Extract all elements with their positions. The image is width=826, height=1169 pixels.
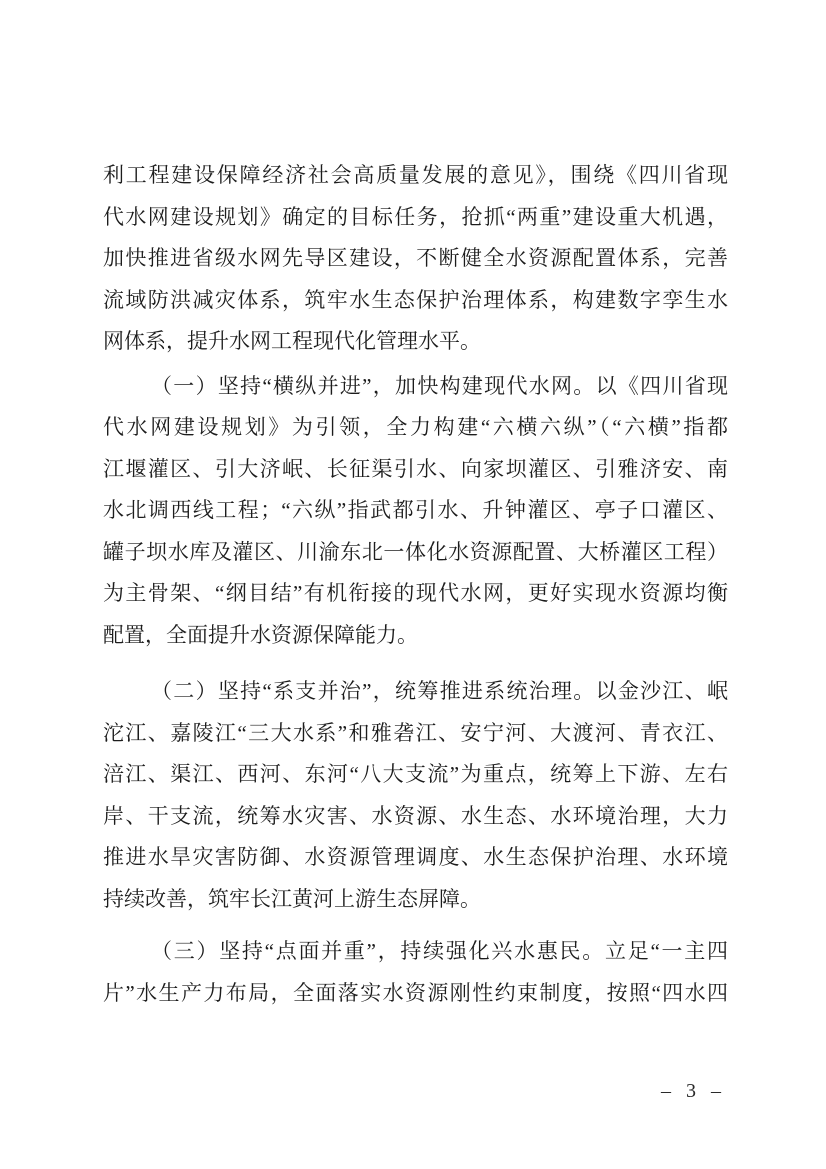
text-line: 水北调西线工程；“六纵”指武都引水、升钟灌区、亭子口灌区、 (103, 490, 728, 532)
text-line: 江堰灌区、引大济岷、长征渠引水、向家坝灌区、引雅济安、南 (103, 449, 728, 491)
page-number: – 3 – (661, 1080, 726, 1103)
text-line: 利工程建设保障经济社会高质量发展的意见》，围绕《四川省现 (103, 155, 728, 197)
text-line: 配置，全面提升水资源保障能力。 (103, 615, 728, 657)
text-line: （一）坚持“横纵并进”，加快构建现代水网。以《四川省现 (103, 366, 728, 408)
paragraph: （二）坚持“系支并治”，统筹推进系统治理。以金沙江、岷 沱江、嘉陵江“三大水系”… (103, 671, 728, 920)
text-line: （二）坚持“系支并治”，统筹推进系统治理。以金沙江、岷 (103, 671, 728, 713)
paragraph: 利工程建设保障经济社会高质量发展的意见》，围绕《四川省现 代水网建设规划》确定的… (103, 155, 728, 363)
text-line: 流域防洪减灾体系，筑牢水生态保护治理体系，构建数字孪生水 (103, 280, 728, 322)
text-line: 加快推进省级水网先导区建设，不断健全水资源配置体系，完善 (103, 238, 728, 280)
text-line: 网体系，提升水网工程现代化管理水平。 (103, 321, 728, 363)
text-line: 推进水旱灾害防御、水资源管理调度、水生态保护治理、水环境 (103, 837, 728, 879)
document-body: 利工程建设保障经济社会高质量发展的意见》，围绕《四川省现 代水网建设规划》确定的… (103, 155, 728, 1014)
text-line: 持续改善，筑牢长江黄河上游生态屏障。 (103, 879, 728, 921)
text-line: 沱江、嘉陵江“三大水系”和雅砻江、安宁河、大渡河、青衣江、 (103, 713, 728, 755)
paragraph: （三）坚持“点面并重”，持续强化兴水惠民。立足“一主四 片”水生产力布局，全面落… (103, 931, 728, 1014)
document-page: 利工程建设保障经济社会高质量发展的意见》，围绕《四川省现 代水网建设规划》确定的… (0, 0, 826, 1169)
text-line: 岸、干支流，统筹水灾害、水资源、水生态、水环境治理，大力 (103, 796, 728, 838)
text-line: 罐子坝水库及灌区、川渝东北一体化水资源配置、大桥灌区工程） (103, 532, 728, 574)
text-line: 涪江、渠江、西河、东河“八大支流”为重点，统筹上下游、左右 (103, 754, 728, 796)
text-line: 代水网建设规划》确定的目标任务，抢抓“两重”建设重大机遇， (103, 197, 728, 239)
text-line: 片”水生产力布局，全面落实水资源刚性约束制度，按照“四水四 (103, 973, 728, 1015)
paragraph: （一）坚持“横纵并进”，加快构建现代水网。以《四川省现 代水网建设规划》为引领，… (103, 366, 728, 657)
text-line: 为主骨架、“纲目结”有机衔接的现代水网，更好实现水资源均衡 (103, 573, 728, 615)
text-line: 代水网建设规划》为引领，全力构建“六横六纵”（“六横”指都 (103, 407, 728, 449)
text-line: （三）坚持“点面并重”，持续强化兴水惠民。立足“一主四 (103, 931, 728, 973)
